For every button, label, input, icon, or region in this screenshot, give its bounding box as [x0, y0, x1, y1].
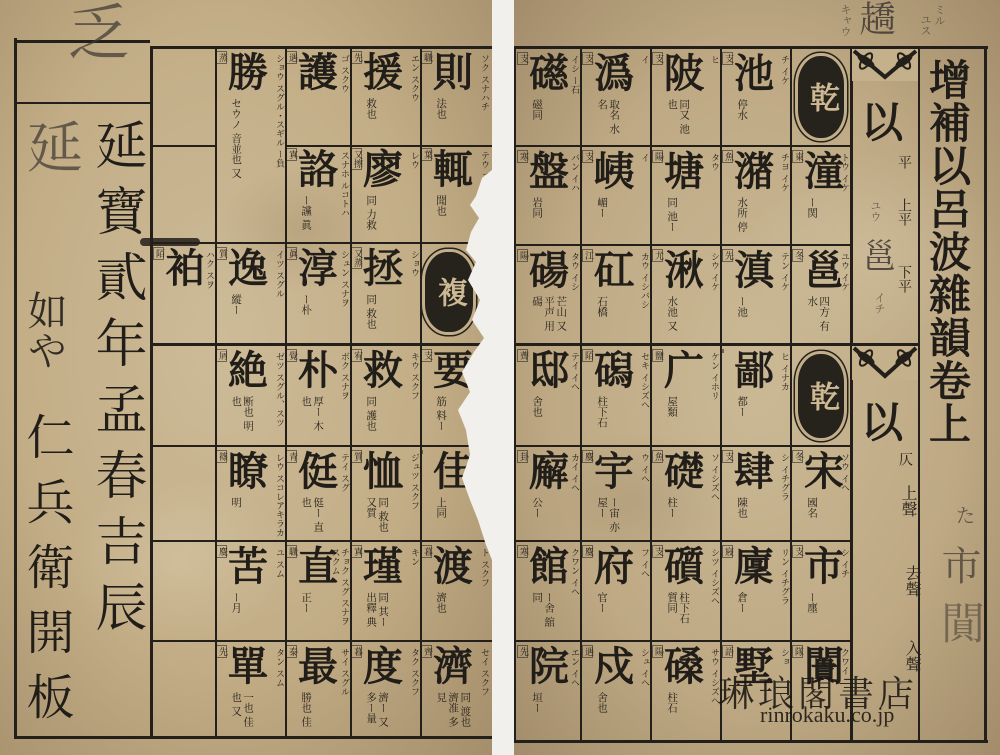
- entry-cell: 魚潴チヨ イケ水所 停: [721, 147, 790, 244]
- reading: タウ: [709, 153, 718, 241]
- reading: ヒ イナカ: [779, 352, 788, 440]
- reading: カイ イヘ: [569, 453, 578, 541]
- gloss: ー宙 亦屋ー: [596, 497, 620, 541]
- gloss: 官ー: [596, 592, 608, 636]
- headword: 府: [594, 547, 634, 587]
- gloss: 柱ー: [666, 497, 678, 541]
- gloss: 屋類: [666, 396, 678, 440]
- rhyme-tag: 冬: [792, 450, 803, 463]
- frame-line: [918, 46, 920, 743]
- entry-cell: 支礠イシ ー石磁同: [516, 49, 580, 145]
- entry-cell: 支礩シツ イシズヘ柱下石 質同: [651, 542, 720, 640]
- rhyme-tag: 陌: [582, 349, 593, 362]
- tone-label: 下平: [897, 265, 911, 293]
- reading: フ イヘ: [639, 548, 648, 636]
- reading: ソ イシズヘ: [709, 453, 718, 541]
- tone-label: 仄: [898, 452, 912, 466]
- rhyme-tag: 支: [582, 150, 593, 163]
- index-head: 以: [858, 100, 900, 142]
- headword: 磶: [594, 351, 634, 391]
- reading: カウ イシバシ: [639, 252, 648, 340]
- handwritten-kana: イチ: [874, 292, 885, 314]
- gloss: 公ー: [531, 497, 543, 541]
- rhyme-tag: 麌: [582, 545, 593, 558]
- reading: タウ イシ: [569, 252, 578, 340]
- section-emblem: 乾: [798, 56, 844, 138]
- gloss: 柱石: [666, 692, 678, 736]
- rhyme-tag: 鹽: [652, 349, 663, 362]
- rhyme-tag: [722, 349, 724, 353]
- gloss: 同 池ー: [666, 197, 678, 241]
- emblem-char: 乾: [799, 381, 843, 411]
- reading: バン イハ: [569, 153, 578, 241]
- rhyme-tag: 江: [582, 249, 593, 262]
- headword: 潴: [734, 152, 774, 192]
- headword: 礎: [664, 452, 704, 492]
- headword: 陂: [664, 54, 704, 94]
- reading: テン イケ: [779, 252, 788, 340]
- rhyme-tag: 支: [582, 52, 593, 65]
- gloss: 石橋: [596, 296, 608, 340]
- rhyme-tag: 寢: [722, 545, 733, 558]
- entry-cell: 東潼トウ イケー関: [791, 147, 850, 244]
- gloss: 柱下石 質同: [666, 592, 690, 636]
- reading: トウ イケ: [839, 153, 848, 241]
- reading: シウ イケ: [709, 252, 718, 340]
- gloss: 柱下石: [596, 396, 608, 440]
- headword: 邸: [529, 351, 569, 391]
- gloss: ー舍 舘同: [531, 592, 555, 636]
- corner-ornament: [852, 346, 918, 380]
- gloss: 磁同: [531, 99, 543, 143]
- headword: 滇: [734, 251, 774, 291]
- reading: ソウ イヘ: [839, 453, 848, 541]
- gloss: 同又 池也: [666, 99, 690, 143]
- headword: 宇: [594, 452, 634, 492]
- gloss: 芒山 又平声 用碭: [531, 296, 567, 340]
- headword: 池: [734, 54, 774, 94]
- reading: リン イチグラ: [779, 548, 788, 636]
- corner-ornament: [852, 49, 918, 81]
- reading: サウ イシズヘ: [709, 648, 718, 736]
- gloss: 都ー: [736, 396, 748, 440]
- torn-paper-edge: [0, 0, 492, 755]
- reading: セキ イシズヘ: [639, 352, 648, 440]
- reading: シ イチグラ: [779, 453, 788, 541]
- rhyme-tag: 魚: [722, 150, 733, 163]
- headword: 湫: [664, 251, 704, 291]
- reading: エン イヘ: [569, 648, 578, 736]
- rhyme-tag: 寒: [517, 545, 528, 558]
- section-emblem: 乾: [798, 354, 844, 438]
- headword: 矼: [594, 251, 634, 291]
- entry-cell: 支池チ イケ停水: [721, 49, 790, 145]
- headword: 院: [529, 647, 569, 687]
- reading: イシ ー石: [569, 55, 578, 143]
- entry-cell: 冬邕ユウ イケ四方 有水: [791, 246, 850, 343]
- gloss: 水所 停: [736, 197, 748, 241]
- gloss: ー池: [736, 296, 748, 340]
- entry-cell: 鄙ヒ イナカ都ー: [721, 346, 790, 445]
- reading: イ: [639, 153, 648, 241]
- watermark-url: rinrokaku.co.jp: [760, 702, 894, 728]
- rhyme-tag: 先: [722, 249, 733, 262]
- rhyme-tag: 支: [722, 450, 733, 463]
- headword: 礠: [529, 54, 569, 94]
- entry-cell: 陽磉サウ イシズヘ柱石: [651, 642, 720, 740]
- gloss: 四方 有水: [806, 296, 830, 340]
- frame-line: [514, 740, 988, 743]
- right-page: キャウ 趫 ミル ユス 增補以呂波雜韻卷上 た 市 閴 以 平 上平 下平 ユウ: [514, 0, 1000, 755]
- entry-cell: 支峓イ嵋ー: [581, 147, 650, 244]
- gloss: 嵋ー: [596, 197, 608, 241]
- entry-cell: 遇戍シュ イヘ舍也: [581, 642, 650, 740]
- gloss: 垣ー: [531, 692, 543, 736]
- reading: テイ イヘ: [569, 352, 578, 440]
- handwritten-kana: キャウ: [840, 4, 851, 37]
- headword: 峓: [594, 152, 634, 192]
- title-handwritten: 閴: [936, 600, 980, 644]
- book-title: 增補以呂波雜韻卷上: [926, 58, 968, 445]
- emblem-char: 乾: [799, 82, 843, 112]
- rhyme-tag: 薺: [517, 349, 528, 362]
- entry-cell: 支市シ イチー廛: [791, 542, 850, 640]
- rhyme-tag: 先: [517, 645, 528, 658]
- handwritten-kana: ユウ: [870, 200, 881, 222]
- entry-cell: 陽碭タウ イシ芒山 又平声 用碭: [516, 246, 580, 343]
- entry-cell: 寒盤バン イハ岩同: [516, 147, 580, 244]
- headword: 肆: [734, 452, 774, 492]
- entry-cell: 陌磶セキ イシズヘ柱下石: [581, 346, 650, 445]
- gloss: 舍也: [531, 396, 543, 440]
- rhyme-tag: 麌: [582, 450, 593, 463]
- gloss: ー関: [806, 197, 818, 241]
- entry-cell: 麌宇ウ イヘー宙 亦屋ー: [581, 447, 650, 540]
- entry-cell: 薺邸テイ イヘ舍也: [516, 346, 580, 445]
- entry-cell: 鹽广ケン イホリ屋類: [651, 346, 720, 445]
- title-handwritten: 市: [938, 545, 978, 585]
- entry-cell: 卦廨カイ イヘ公ー: [516, 447, 580, 540]
- entry-cell: 先院エン イヘ垣ー: [516, 642, 580, 740]
- gloss: 取名 水名: [596, 99, 620, 143]
- rhyme-tag: 東: [792, 150, 803, 163]
- tone-label: 去聲: [904, 565, 920, 597]
- entry-cell: 支肆シ イチグラ陳也: [721, 447, 790, 540]
- entry-cell: 魚礎ソ イシズヘ柱ー: [651, 447, 720, 540]
- entry-cell: 先滇テン イケー池: [721, 246, 790, 343]
- handwritten-char: 趫: [856, 0, 892, 36]
- rhyme-tag: 陽: [652, 150, 663, 163]
- rhyme-tag: 尤: [652, 249, 663, 262]
- reading: イ: [639, 55, 648, 143]
- left-page: 乏 延 延寶貳年孟春吉辰 如や 仁兵衛開板 複 職則ソク スナハチ法也 葉輒テウ…: [0, 0, 492, 755]
- rhyme-tag: 隊: [792, 645, 803, 658]
- reading: クワン イヘ: [569, 548, 578, 636]
- handwritten-char: 邕: [859, 238, 893, 272]
- gloss: 倉ー: [736, 592, 748, 636]
- frame-line: [984, 46, 987, 743]
- entry-cell: 陽塘タウ同 池ー: [651, 147, 720, 244]
- reading: チ イケ: [779, 55, 788, 143]
- rhyme-tag: 語: [722, 645, 733, 658]
- frame-line: [850, 46, 853, 743]
- headword: 盤: [529, 152, 569, 192]
- tone-label: 上平: [897, 198, 911, 226]
- tone-label: 上聲: [900, 485, 916, 517]
- headword: 塘: [664, 152, 704, 192]
- reading: シ イチ: [839, 548, 848, 636]
- rhyme-tag: 支: [722, 52, 733, 65]
- rhyme-tag: 寒: [517, 150, 528, 163]
- headword: 館: [529, 547, 569, 587]
- headword: 碭: [529, 251, 569, 291]
- handwritten-kana: ミル: [934, 4, 945, 26]
- reading: シツ イシズヘ: [709, 548, 718, 636]
- reading: ケン イホリ: [709, 352, 718, 440]
- rhyme-tag: 支: [792, 545, 803, 558]
- headword: 戍: [594, 647, 634, 687]
- rhyme-tag: 遇: [582, 645, 593, 658]
- rhyme-tag: 陽: [517, 249, 528, 262]
- gloss: 水池 又: [666, 296, 678, 340]
- entry-cell: 麌府フ イヘ官ー: [581, 542, 650, 640]
- gloss: 陳也: [736, 497, 748, 541]
- headword: 礩: [664, 547, 704, 587]
- entry-cell: 寒館クワン イヘー舍 舘同: [516, 542, 580, 640]
- rhyme-tag: 卦: [517, 450, 528, 463]
- gloss: 岩同: [531, 197, 543, 241]
- reading: ユウ イケ: [839, 252, 848, 340]
- gloss: 停水: [736, 99, 748, 143]
- handwritten-kana: ユス: [920, 14, 931, 36]
- gloss: ー廛: [806, 592, 818, 636]
- rhyme-tag: 冬: [792, 249, 803, 262]
- reading: シュ イヘ: [639, 648, 648, 736]
- gloss: 國名: [806, 497, 818, 541]
- rhyme-tag: 支: [517, 52, 528, 65]
- entry-cell: 寢廩リン イチグラ倉ー: [721, 542, 790, 640]
- index-head: 以: [858, 400, 900, 442]
- rhyme-tag: 魚: [652, 450, 663, 463]
- entry-cell: 尤湫シウ イケ水池 又: [651, 246, 720, 343]
- headword: 广: [664, 351, 704, 391]
- headword: 鄙: [734, 351, 774, 391]
- entry-cell: 支陂ヒ同又 池也: [651, 49, 720, 145]
- reading: チヨ イケ: [779, 153, 788, 241]
- headword: 廩: [734, 547, 774, 587]
- title-handwritten: た: [954, 505, 974, 525]
- tone-label: 平: [897, 155, 911, 169]
- headword: 廨: [529, 452, 569, 492]
- gloss: 舍也: [596, 692, 608, 736]
- headword: 磉: [664, 647, 704, 687]
- rhyme-tag: 支: [652, 545, 663, 558]
- rhyme-tag: 支: [652, 52, 663, 65]
- reading: ヒ: [709, 55, 718, 143]
- entry-cell: 支潙イ取名 水名: [581, 49, 650, 145]
- reading: ウ イヘ: [639, 453, 648, 541]
- entry-cell: 冬宋ソウ イヘ國名: [791, 447, 850, 540]
- rhyme-tag: 陽: [652, 645, 663, 658]
- headword: 潙: [594, 54, 634, 94]
- entry-cell: 江矼カウ イシバシ石橋: [581, 246, 650, 343]
